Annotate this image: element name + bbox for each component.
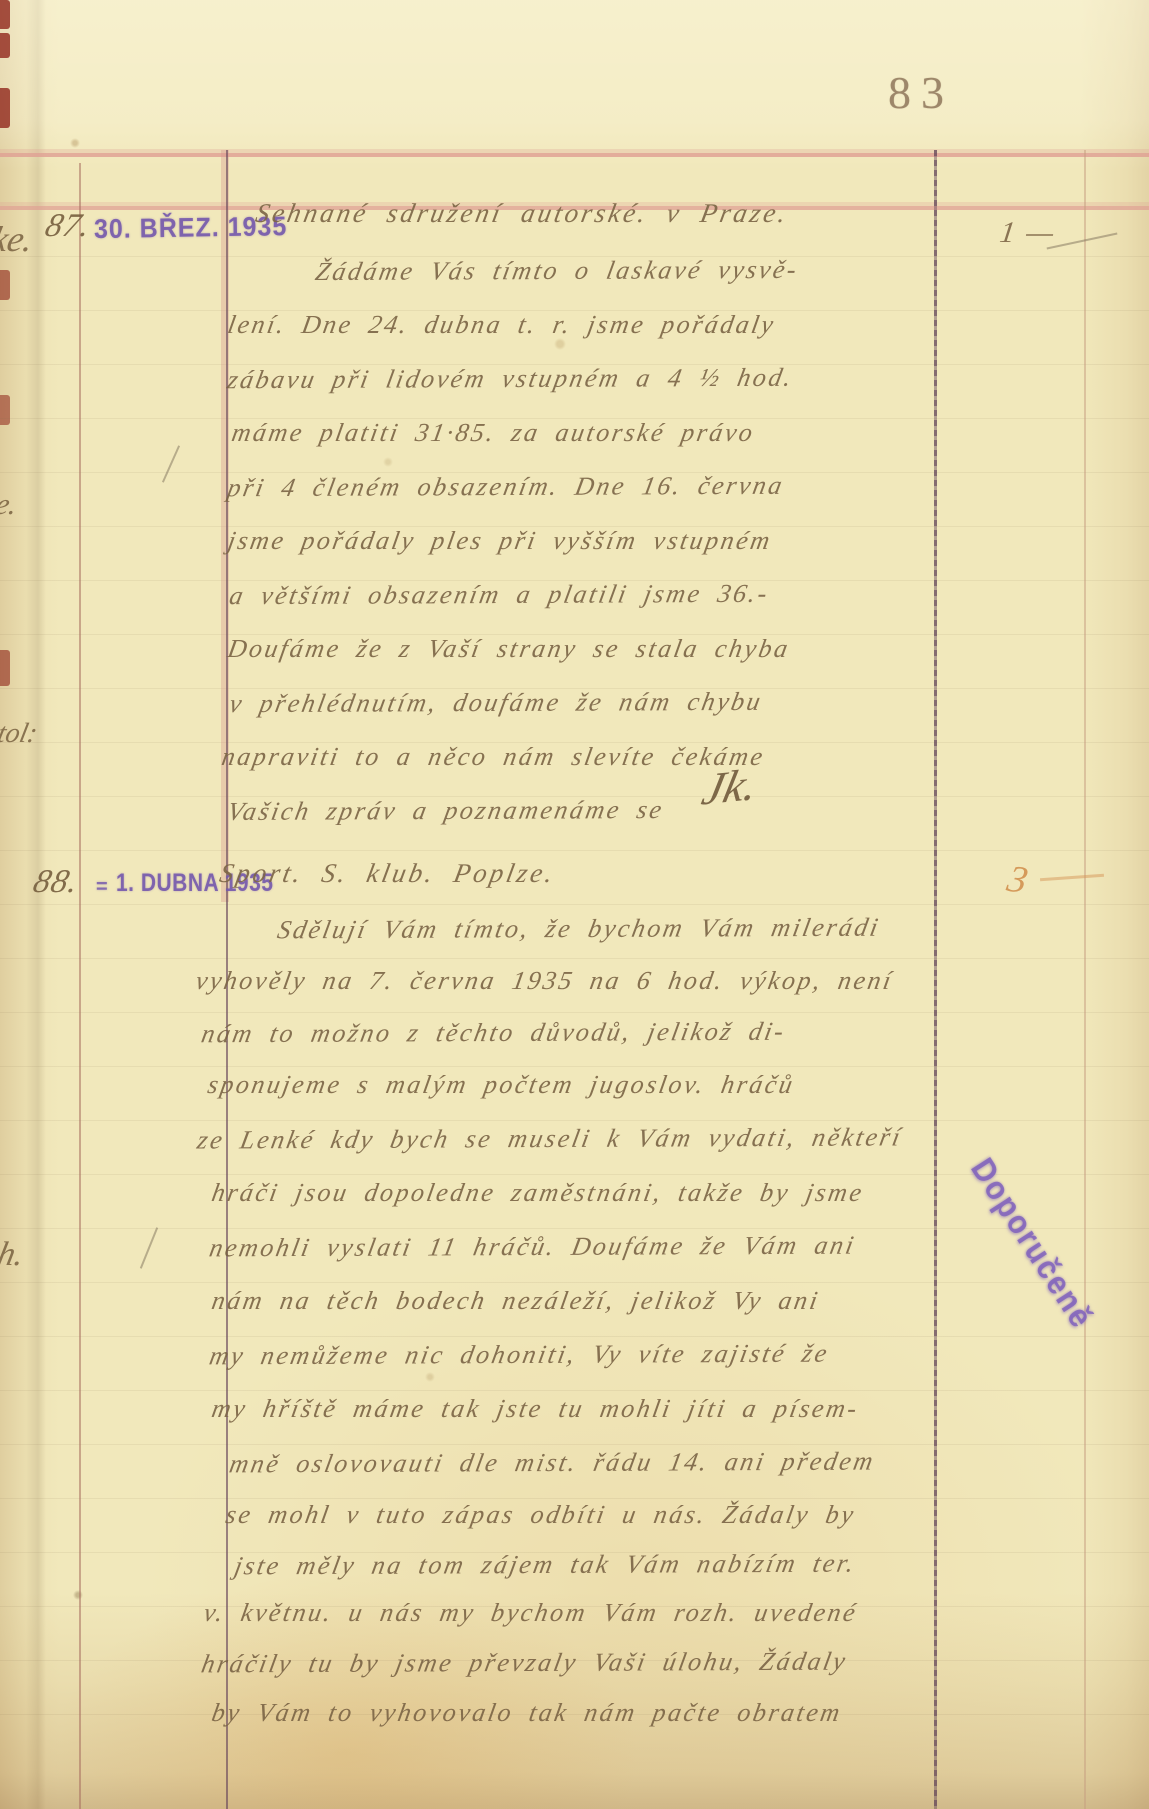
vertical-rule-amount-right xyxy=(1084,150,1086,1809)
red-edge-mark xyxy=(0,270,10,300)
ledger-page: 83 87. 30. BŘEZ. 1935 Sehnané sdružení a… xyxy=(0,0,1149,1809)
amount-88: 3 xyxy=(1003,857,1034,903)
handwriting-line: my hříště máme tak jste tu mohli jíti a … xyxy=(209,1394,861,1424)
handwriting-line: jste měly na tom zájem tak Vám nabízím t… xyxy=(232,1549,859,1582)
entry-heading-88: Sport. S. klub. Poplze. xyxy=(217,858,558,889)
vertical-rule-amount-left xyxy=(934,150,937,1809)
handwriting-line: zábavu při lidovém vstupném a 4 ½ hod. xyxy=(225,363,796,395)
red-edge-mark xyxy=(0,33,10,58)
red-edge-mark xyxy=(0,395,10,425)
handwriting-line: Vašich zpráv a poznamenáme se xyxy=(225,795,667,827)
entry-number-88: 88. xyxy=(29,864,82,901)
registered-stamp: Doporučeně xyxy=(963,1152,1101,1336)
handwriting-line: při 4 členém obsazením. Dne 16. června xyxy=(225,471,787,503)
margin-fragment: ke. xyxy=(0,218,37,260)
pencil-stroke xyxy=(140,1227,158,1269)
handwriting-line: se mohl v tuto zápas odbíti u nás. Žádal… xyxy=(223,1500,858,1530)
signature-87: Jk. xyxy=(697,757,762,815)
handwriting-line: hráčily tu by jsme převzaly Vaši úlohu, … xyxy=(199,1647,850,1680)
horizontal-rule-top xyxy=(0,153,1149,157)
handwriting-line: v. květnu. u nás my bychom Vám rozh. uve… xyxy=(201,1598,860,1628)
handwriting-line: hráči jsou dopoledne zaměstnáni, takže b… xyxy=(209,1178,866,1208)
handwriting-line: máme platiti 31·85. za autorské právo xyxy=(229,418,757,448)
handwriting-line: sponujeme s malým počtem jugoslov. hráčů xyxy=(205,1070,797,1100)
margin-fragment: tol: xyxy=(0,718,40,750)
orange-dash xyxy=(1040,874,1104,881)
handwriting-line: Doufáme že z Vaší strany se stala chyba xyxy=(225,634,792,664)
pencil-stroke xyxy=(1047,233,1118,250)
page-number: 83 xyxy=(888,66,954,119)
handwriting-line: napraviti to a něco nám slevíte čekáme xyxy=(219,742,767,772)
handwriting-line: lení. Dne 24. dubna t. r. jsme pořádaly xyxy=(225,310,778,340)
handwriting-line: v přehlédnutím, doufáme že nám chybu xyxy=(227,687,765,719)
stamp-check-mark: = xyxy=(96,876,108,899)
amount-87: 1 — xyxy=(998,216,1058,250)
margin-fragment: e. xyxy=(0,488,20,522)
handwriting-line: my nemůžeme nic dohoniti, Vy víte zajist… xyxy=(207,1339,832,1372)
handwriting-line: ze Lenké kdy bych se museli k Vám vydati… xyxy=(195,1122,905,1155)
red-edge-mark xyxy=(0,0,10,29)
handwriting-line: mně oslovovauti dle mist. řádu 14. ani p… xyxy=(227,1447,878,1480)
handwriting-line: Žádáme Vás tímto o laskavé vysvě- xyxy=(313,255,801,287)
handwriting-line: a většími obsazením a platili jsme 36.- xyxy=(227,579,772,611)
vertical-rule-margin xyxy=(79,163,81,1809)
handwriting-line: nám na těch bodech nezáleží, jelikož Vy … xyxy=(209,1286,822,1316)
handwriting-line: by Vám to vyhovovalo tak nám pačte obrat… xyxy=(209,1698,844,1728)
entry-number-87: 87. xyxy=(41,208,94,245)
handwriting-line: jsme pořádaly ples při vyšším vstupném xyxy=(225,526,774,556)
handwriting-line: nám to možno z těchto důvodů, jelikož di… xyxy=(199,1017,789,1050)
margin-fragment: h. xyxy=(0,1236,28,1274)
red-edge-mark xyxy=(0,88,10,128)
handwriting-line: vyhověly na 7. června 1935 na 6 hod. výk… xyxy=(193,966,895,996)
handwriting-line: Sdělují Vám tímto, že bychom Vám milerád… xyxy=(275,913,883,946)
red-edge-mark xyxy=(0,650,10,686)
entry-heading-87: Sehnané sdružení autorské. v Praze. xyxy=(253,198,791,229)
pencil-stroke xyxy=(162,445,180,482)
handwriting-line: nemohli vyslati 11 hráčů. Doufáme že Vám… xyxy=(207,1231,858,1264)
